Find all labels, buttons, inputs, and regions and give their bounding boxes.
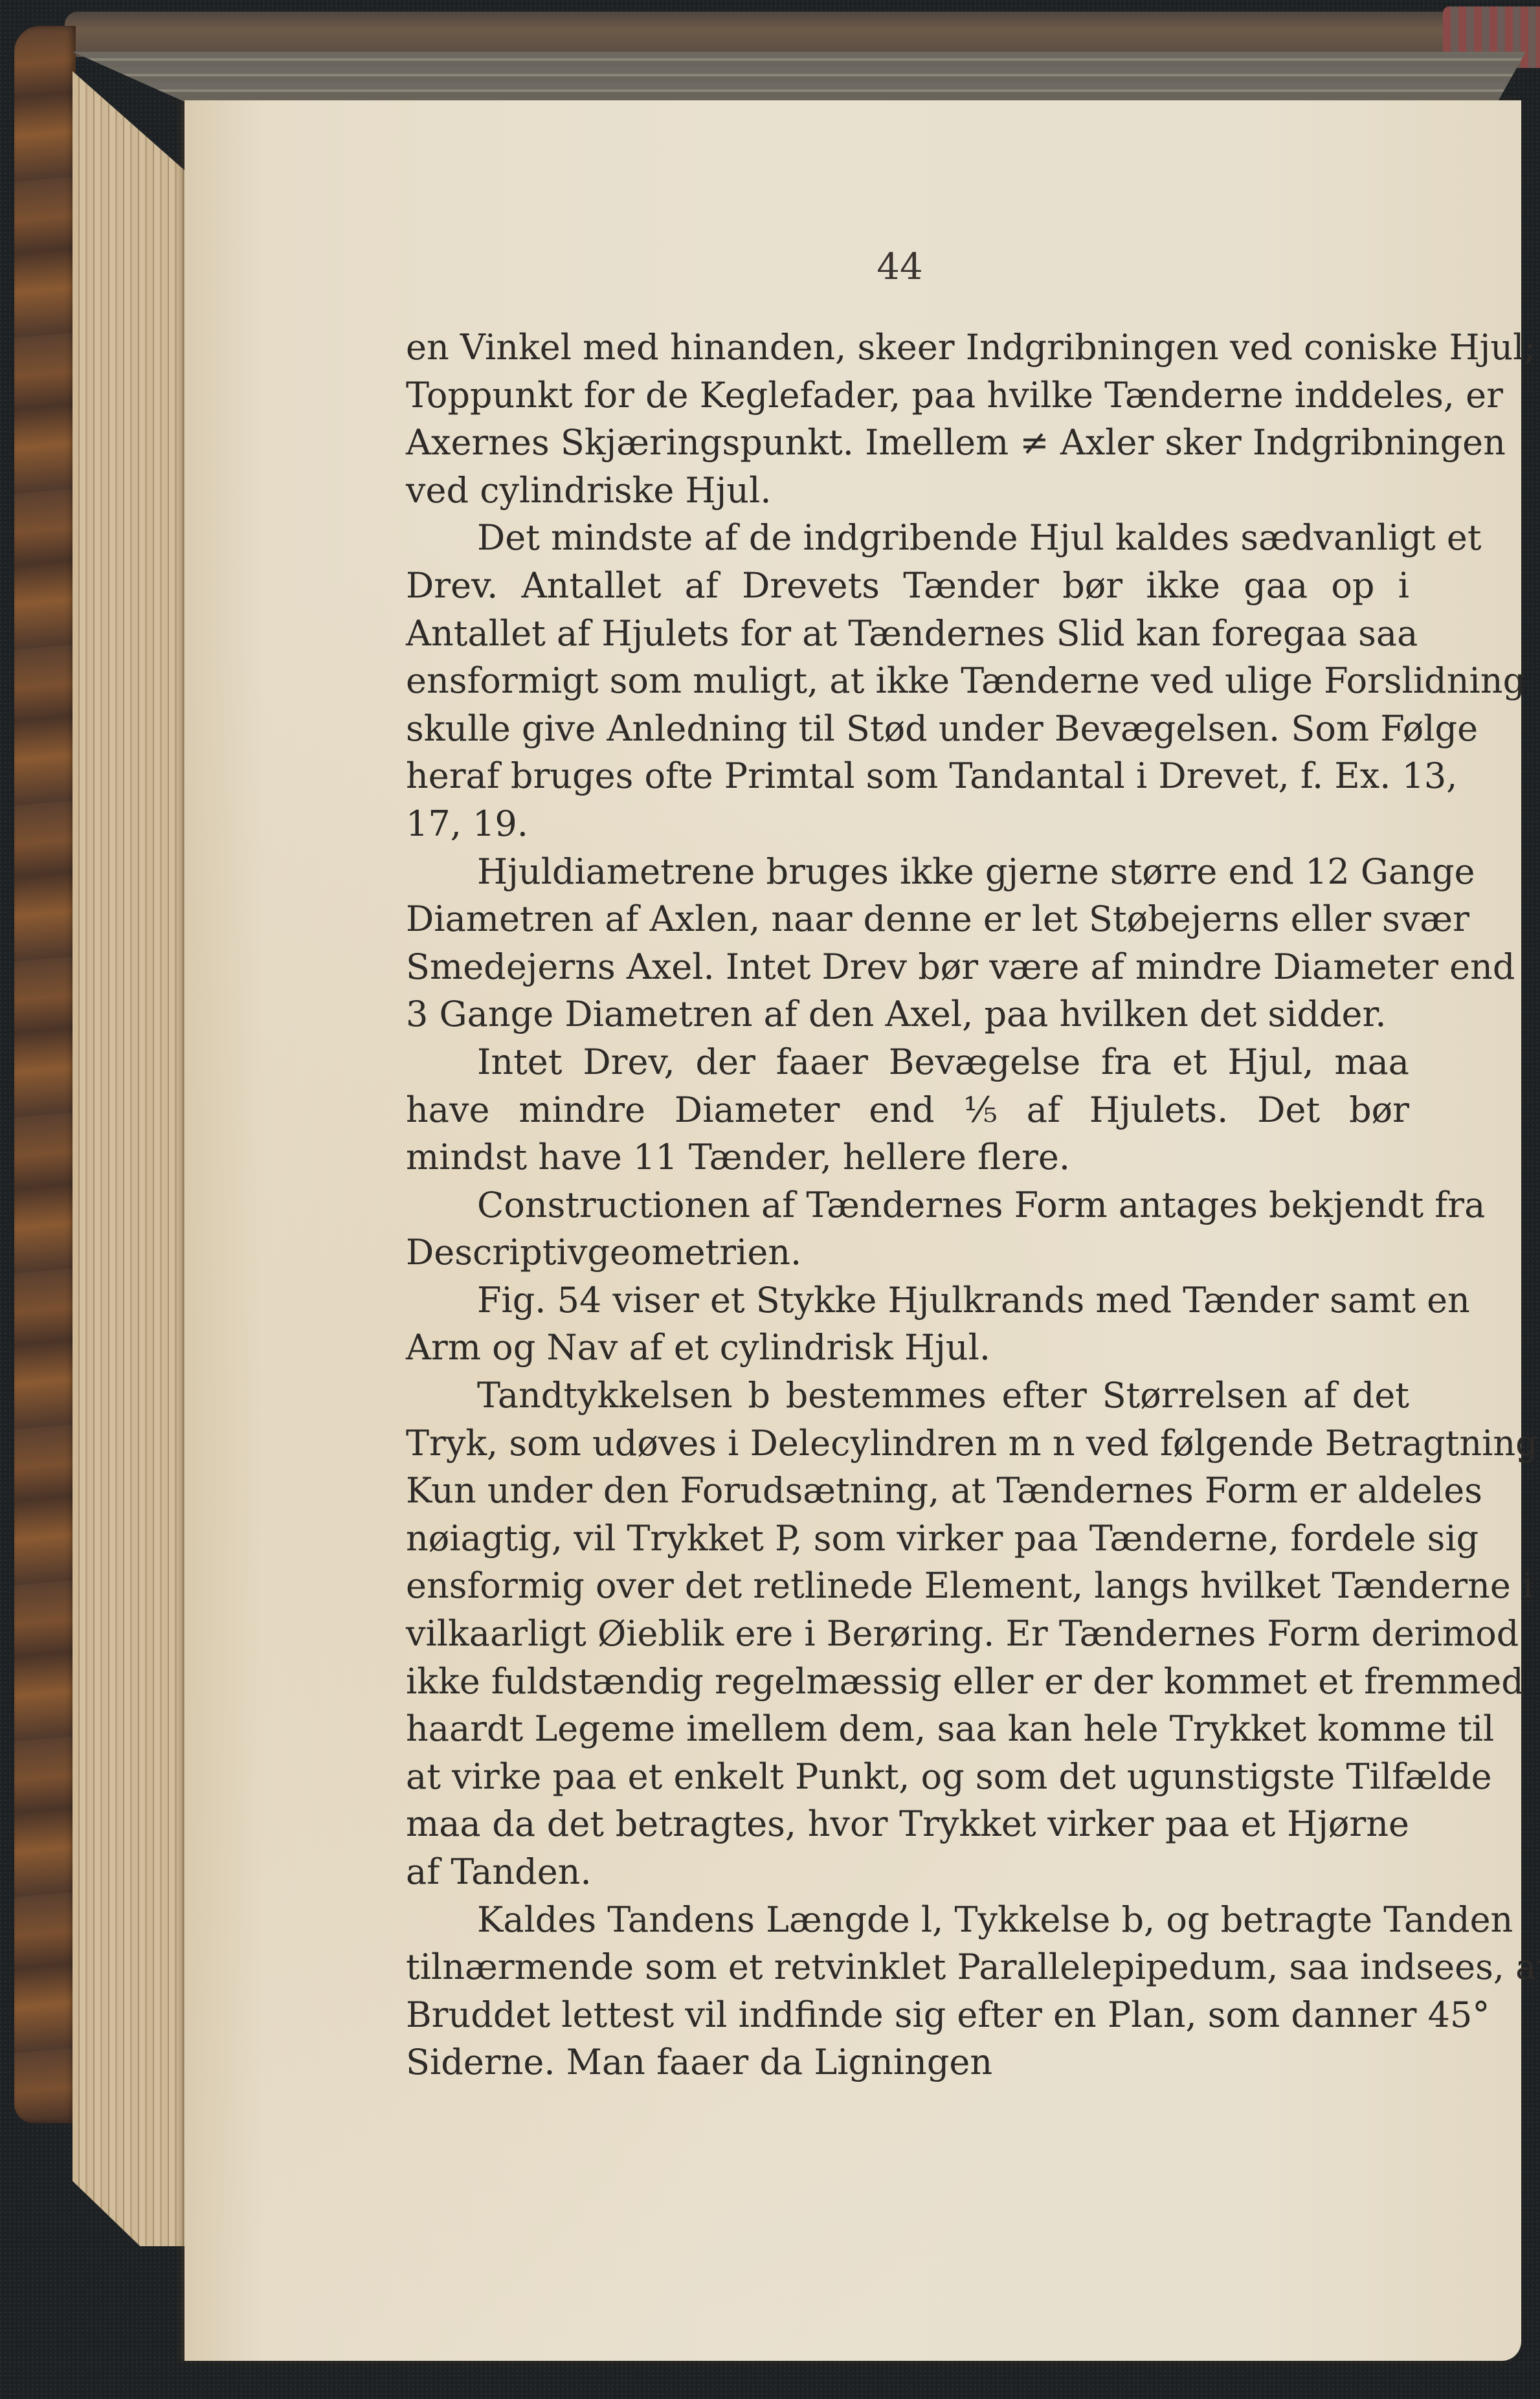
text-line: Kaldes Tandens Længde l, Tykkelse b, og … — [406, 1896, 1409, 1944]
text-line: Kun under den Forudsætning, at Tændernes… — [406, 1467, 1409, 1515]
page-stack-left — [73, 71, 195, 2246]
text-line: tilnærmende som et retvinklet Parallelep… — [406, 1943, 1409, 1991]
text-line: skulle give Anledning til Stød under Bev… — [406, 705, 1409, 753]
page-number: 44 — [842, 246, 958, 288]
text-line: Siderne. Man faaer da Ligningen — [406, 2038, 1409, 2086]
text-line: Smedejerns Axel. Intet Drev bør være af … — [406, 943, 1409, 991]
text-line: vilkaarligt Øieblik ere i Berøring. Er T… — [406, 1610, 1409, 1658]
text-line: Hjuldiametrene bruges ikke gjerne større… — [406, 848, 1409, 896]
text-line: Tryk, som udøves i Delecylindren m n ved… — [406, 1420, 1409, 1467]
text-line: Det mindste af de indgribende Hjul kalde… — [406, 514, 1409, 562]
text-line: at virke paa et enkelt Punkt, og som det… — [406, 1753, 1409, 1801]
text-line: Constructionen af Tændernes Form antages… — [406, 1181, 1409, 1229]
text-line: Axernes Skjæringspunkt. Imellem ≠ Axler … — [406, 419, 1409, 467]
text-line: maa da det betragtes, hvor Trykket virke… — [406, 1800, 1409, 1848]
text-line: Arm og Nav af et cylindrisk Hjul. — [406, 1324, 1409, 1372]
text-line: Antallet af Hjulets for at Tændernes Sli… — [406, 610, 1409, 658]
body-text: en Vinkel med hinanden, skeer Indgribnin… — [406, 324, 1409, 2086]
text-line: ikke fuldstændig regelmæssig eller er de… — [406, 1658, 1409, 1706]
text-line: Toppunkt for de Keglefader, paa hvilke T… — [406, 372, 1409, 419]
text-line: Fig. 54 viser et Stykke Hjulkrands med T… — [406, 1277, 1409, 1324]
text-line: Drev. Antallet af Drevets Tænder bør ikk… — [406, 562, 1409, 610]
text-line: have mindre Diameter end ⅕ af Hjulets. D… — [406, 1086, 1409, 1134]
book-cover-top — [65, 12, 1540, 57]
text-line: nøiagtig, vil Trykket P, som virker paa … — [406, 1515, 1409, 1563]
text-line: 3 Gange Diametren af den Axel, paa hvilk… — [406, 990, 1409, 1038]
text-line: ensformigt som muligt, at ikke Tænderne … — [406, 657, 1409, 705]
text-line: haardt Legeme imellem dem, saa kan hele … — [406, 1705, 1409, 1753]
text-line: mindst have 11 Tænder, hellere flere. — [406, 1133, 1409, 1181]
text-line: en Vinkel med hinanden, skeer Indgribnin… — [406, 324, 1409, 372]
text-line: af Tanden. — [406, 1848, 1409, 1896]
text-line: 17, 19. — [406, 800, 1409, 848]
text-line: heraf bruges ofte Primtal som Tandantal … — [406, 752, 1409, 800]
text-line: ensformig over det retlinede Element, la… — [406, 1562, 1409, 1610]
text-line: Descriptivgeometrien. — [406, 1229, 1409, 1277]
text-line: Intet Drev, der faaer Bevægelse fra et H… — [406, 1038, 1409, 1086]
page-stack-top — [73, 52, 1526, 104]
text-line: ved cylindriske Hjul. — [406, 467, 1409, 515]
text-line: Diametren af Axlen, naar denne er let St… — [406, 895, 1409, 943]
text-line: Tandtykkelsen b bestemmes efter Størrels… — [406, 1372, 1409, 1420]
text-line: Bruddet lettest vil indfinde sig efter e… — [406, 1991, 1409, 2039]
book-spine — [14, 26, 76, 2123]
